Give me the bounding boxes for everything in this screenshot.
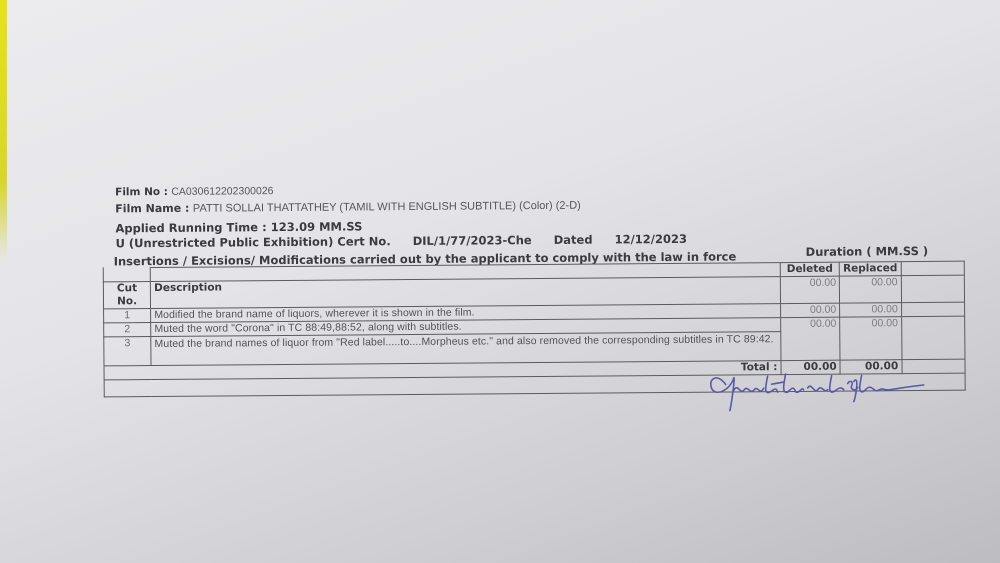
header-cut-no: Cut No. (103, 282, 150, 309)
row-1-cut-no: 1 (104, 309, 151, 323)
running-time-value: 123.09 MM.SS (271, 219, 363, 234)
film-name-value: PATTI SOLLAI THATTATHEY (TAMIL WITH ENGL… (193, 200, 581, 215)
row-3-replaced: 00.00 (840, 317, 902, 360)
row-2-cut-no: 2 (104, 323, 151, 337)
certificate-sheet: Film No : CA030612202300026 Film Name : … (0, 0, 1000, 563)
dated-value: 12/12/2023 (615, 232, 688, 247)
row-1-deleted: 00.00 (780, 276, 839, 303)
film-name-line: Film Name : PATTI SOLLAI THATTATHEY (TAM… (115, 199, 581, 216)
film-no-line: Film No : CA030612202300026 (115, 185, 273, 198)
header-replaced: Replaced (839, 262, 901, 276)
running-time-label: Applied Running Time : (115, 220, 266, 235)
header-deleted: Deleted (780, 262, 839, 276)
header-blank (901, 261, 964, 275)
film-no-label: Film No : (115, 186, 168, 198)
duration-label: Duration ( MM.SS ) (806, 244, 929, 259)
row-1-blank (901, 275, 964, 302)
row-2-deleted: 00.00 (780, 303, 839, 317)
row-2-replaced: 00.00 (840, 303, 902, 317)
cert-number: DIL/1/77/2023-Che (413, 233, 532, 248)
cert-label: U (Unrestricted Public Exhibition) Cert … (115, 234, 390, 250)
film-name-label: Film Name : (115, 202, 189, 216)
row-1-replaced: 00.00 (839, 276, 901, 303)
dated-label: Dated (554, 233, 593, 247)
film-no-value: CA030612202300026 (171, 185, 273, 198)
signature-scribble (704, 367, 934, 414)
running-time-line: Applied Running Time : 123.09 MM.SS (115, 219, 362, 235)
row-2-blank (901, 302, 964, 316)
row-3-blank (901, 316, 965, 359)
row-3-cut-no: 3 (104, 337, 151, 366)
row-3-deleted: 00.00 (781, 317, 841, 360)
